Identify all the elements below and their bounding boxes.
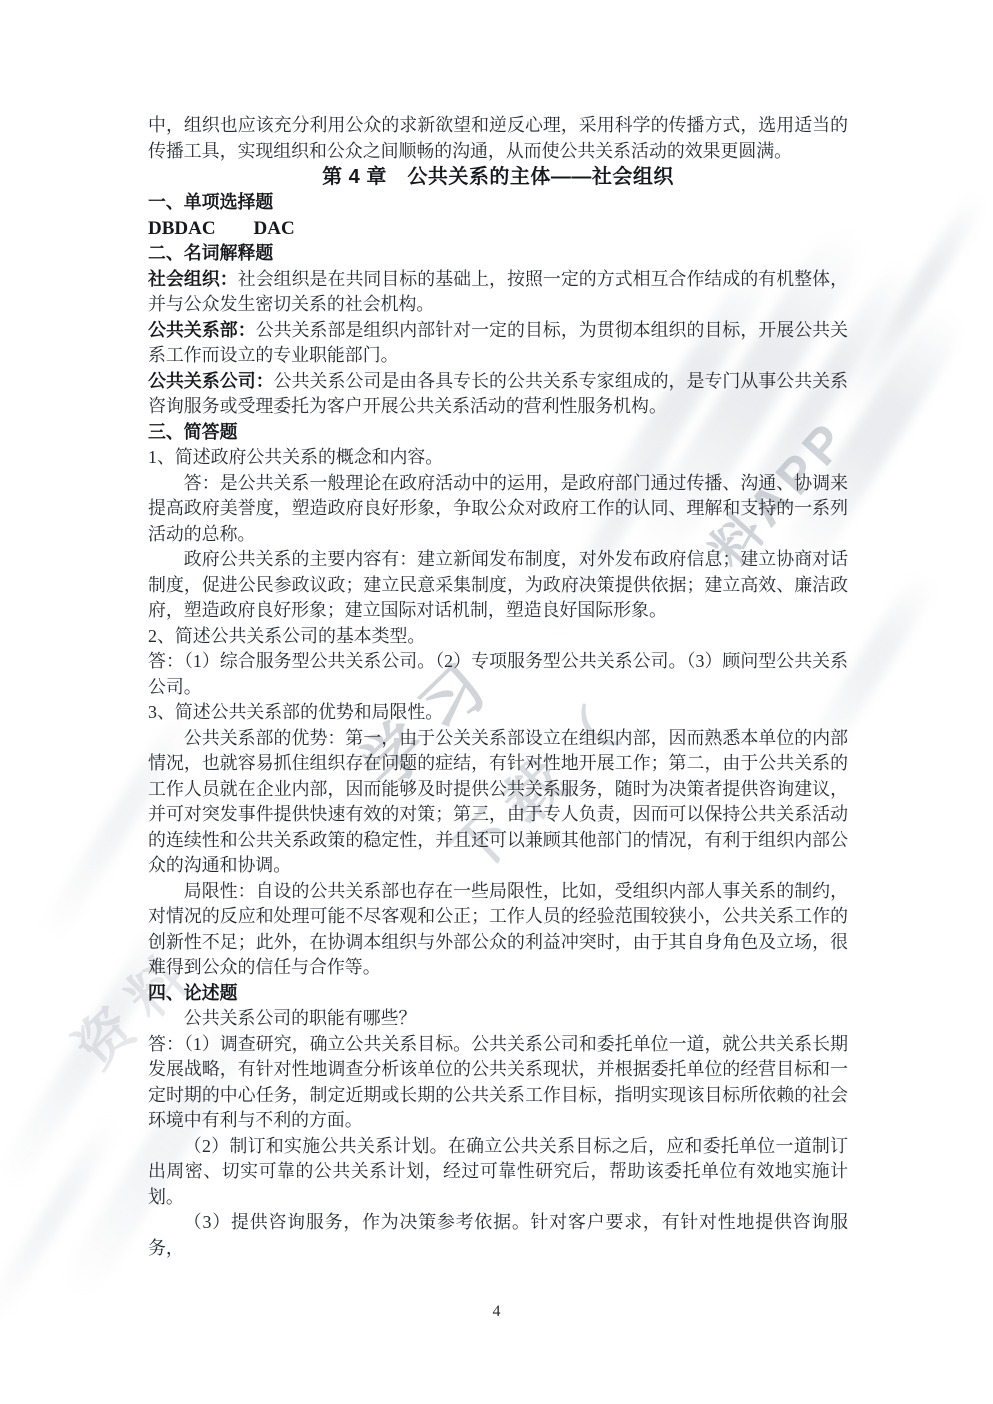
- answer-1-paragraph: 答：是公共关系一般理论在政府活动中的运用，是政府部门通过传播、沟通、协调来提高政…: [148, 471, 848, 548]
- term-label: 社会组织：: [148, 269, 238, 289]
- answer-3-paragraph: 局限性：自设的公共关系部也存在一些局限性，比如，受组织内部人事关系的制约，对情况…: [148, 879, 848, 981]
- question-1: 1、简述政府公共关系的概念和内容。: [148, 445, 848, 471]
- term-text: 社会组织是在共同目标的基础上，按照一定的方式相互合作结成的有机整体，并与公众发生…: [148, 269, 848, 315]
- question-2: 2、简述公共关系公司的基本类型。: [148, 624, 848, 650]
- question-3: 3、简述公共关系部的优势和局限性。: [148, 700, 848, 726]
- section-heading-single-choice: 一、单项选择题: [148, 190, 848, 216]
- chapter-heading: 第 4 章 公共关系的主体——社会组织: [148, 164, 848, 190]
- answer-4-paragraph: 答：（1）调查研究，确立公共关系目标。公共关系公司和委托单位一道，就公共关系长期…: [148, 1032, 848, 1134]
- document-page: 学习 下载（ 料APP 资料 中，组织也应该充分利用公众的求新欲望和逆反心理，采…: [0, 0, 993, 1404]
- term-definition: 社会组织：社会组织是在共同目标的基础上，按照一定的方式相互合作结成的有机整体，并…: [148, 267, 848, 318]
- answer-3-paragraph: 公共关系部的优势：第一，由于公关关系部设立在组织内部，因而熟悉本单位的内部情况，…: [148, 726, 848, 879]
- page-number: 4: [0, 1303, 993, 1321]
- answer-4-paragraph: （3）提供咨询服务，作为决策参考依据。针对客户要求，有针对性地提供咨询服务，: [148, 1210, 848, 1261]
- term-definition: 公共关系公司：公共关系公司是由各具专长的公共关系专家组成的，是专门从事公共关系咨…: [148, 369, 848, 420]
- answer-2-paragraph: 答：（1）综合服务型公共关系公司。（2）专项服务型公共关系公司。（3）顾问型公共…: [148, 649, 848, 700]
- continuation-paragraph: 中，组织也应该充分利用公众的求新欲望和逆反心理，采用科学的传播方式，选用适当的传…: [148, 113, 848, 164]
- page-content: 中，组织也应该充分利用公众的求新欲望和逆反心理，采用科学的传播方式，选用适当的传…: [0, 0, 993, 1261]
- term-label: 公共关系部：: [148, 320, 256, 340]
- term-label: 公共关系公司：: [148, 371, 274, 391]
- section-heading-short-answer: 三、简答题: [148, 420, 848, 446]
- term-definition: 公共关系部：公共关系部是组织内部针对一定的目标，为贯彻本组织的目标，开展公共关系…: [148, 318, 848, 369]
- answer-1-paragraph: 政府公共关系的主要内容有：建立新闻发布制度，对外发布政府信息；建立协商对话制度，…: [148, 547, 848, 624]
- section-heading-terms: 二、名词解释题: [148, 241, 848, 267]
- answer-4-paragraph: （2）制订和实施公共关系计划。在确立公共关系目标之后，应和委托单位一道制订出周密…: [148, 1134, 848, 1211]
- section-heading-essay: 四、论述题: [148, 981, 848, 1007]
- choice-answer-key: DBDAC DAC: [148, 216, 848, 242]
- question-4: 公共关系公司的职能有哪些？: [148, 1006, 848, 1032]
